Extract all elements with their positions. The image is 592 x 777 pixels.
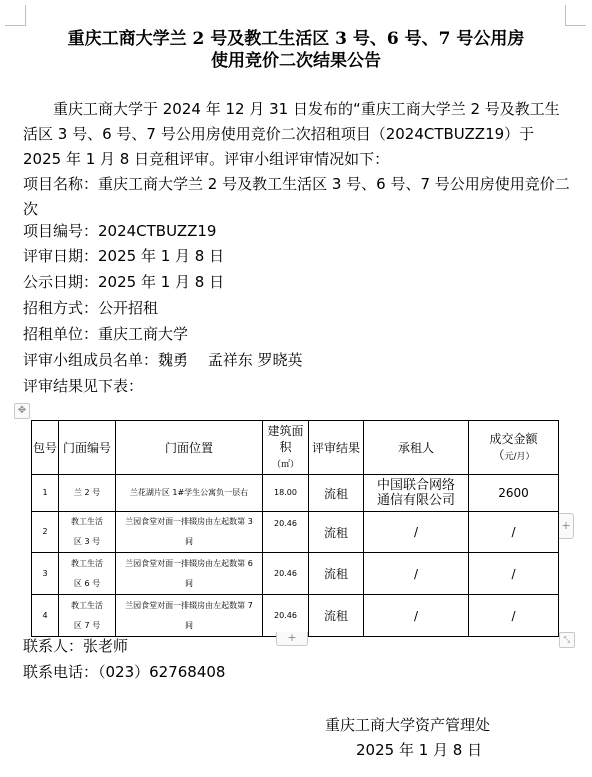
cell-unit-no: 教工生活区 3 号 bbox=[59, 512, 116, 553]
contact-phone: 联系电话：（023）62768408 bbox=[23, 662, 225, 682]
page-margin-corner-top-right bbox=[565, 5, 586, 26]
header-area: 建筑面积 （㎡） bbox=[263, 421, 309, 475]
header-area-unit: （㎡） bbox=[272, 460, 299, 470]
cell-location: 兰园食堂对面一排辍房由左起数第 7 间 bbox=[116, 595, 263, 637]
cell-area: 20.46 bbox=[263, 553, 309, 595]
header-pkg: 包号 bbox=[32, 421, 59, 475]
cell-location: 兰花湖片区 1#学生公寓负一层右 bbox=[116, 475, 263, 512]
table-row: 2 教工生活区 3 号 兰园食堂对面一排辍房由左起数第 3 间 20.46 流租… bbox=[32, 512, 559, 553]
contact-person: 联系人：张老师 bbox=[23, 636, 128, 656]
cell-result: 流租 bbox=[309, 595, 364, 637]
header-location: 门面位置 bbox=[116, 421, 263, 475]
cell-unit-no: 教工生活区 6 号 bbox=[59, 553, 116, 595]
cell-tenant: / bbox=[364, 595, 469, 637]
header-result: 评审结果 bbox=[309, 421, 364, 475]
cell-tenant: / bbox=[364, 512, 469, 553]
cell-pkg: 1 bbox=[32, 475, 59, 512]
cell-location: 兰园食堂对面一排辍房由左起数第 3 间 bbox=[116, 512, 263, 553]
cell-area: 20.46 bbox=[263, 595, 309, 637]
cell-amount: 2600 bbox=[469, 475, 559, 512]
cell-amount: / bbox=[469, 553, 559, 595]
header-unit-no: 门面编号 bbox=[59, 421, 116, 475]
cell-area: 20.46 bbox=[263, 512, 309, 553]
table-resize-handle-icon[interactable]: ⤡ bbox=[559, 632, 575, 648]
cell-result: 流租 bbox=[309, 475, 364, 512]
cell-area: 18.00 bbox=[263, 475, 309, 512]
table-row: 1 兰 2 号 兰花湖片区 1#学生公寓负一层右 18.00 流租 中国联合网络… bbox=[32, 475, 559, 512]
intro-paragraph: 重庆工商大学于 2024 年 12 月 31 日发布的“重庆工商大学兰 2 号及… bbox=[23, 97, 573, 172]
header-amount: 成交金额（元/月） bbox=[469, 421, 559, 475]
publish-date: 公示日期：2025 年 1 月 8 日 bbox=[23, 272, 224, 292]
cell-result: 流租 bbox=[309, 512, 364, 553]
cell-pkg: 2 bbox=[32, 512, 59, 553]
tender-method: 招租方式：公开招租 bbox=[23, 298, 158, 318]
cell-pkg: 4 bbox=[32, 595, 59, 637]
project-number: 项目编号：2024CTBUZZ19 bbox=[23, 221, 216, 241]
document-title-line-2: 使用竞价二次结果公告 bbox=[0, 49, 592, 73]
cell-amount: / bbox=[469, 512, 559, 553]
page-margin-corner-top-left bbox=[5, 5, 26, 26]
review-date: 评审日期：2025 年 1 月 8 日 bbox=[23, 246, 224, 266]
table-header-row: 包号 门面编号 门面位置 建筑面积 （㎡） 评审结果 承租人 成交金额（元/月） bbox=[32, 421, 559, 475]
document-title-line-1: 重庆工商大学兰 2 号及教工生活区 3 号、6 号、7 号公用房 bbox=[0, 27, 592, 51]
cell-location: 兰园食堂对面一排辍房由左起数第 6 间 bbox=[116, 553, 263, 595]
header-area-label: 建筑面积 bbox=[267, 424, 303, 454]
cell-result: 流租 bbox=[309, 553, 364, 595]
cell-tenant: 中国联合网络通信有限公司 bbox=[364, 475, 469, 512]
cell-pkg: 3 bbox=[32, 553, 59, 595]
cell-unit-no: 教工生活区 7 号 bbox=[59, 595, 116, 637]
cell-tenant: / bbox=[364, 553, 469, 595]
header-tenant: 承租人 bbox=[364, 421, 469, 475]
add-row-button[interactable]: + bbox=[276, 632, 308, 646]
project-name: 项目名称：重庆工商大学兰 2 号及教工生活区 3 号、6 号、7 号公用房使用竞… bbox=[23, 172, 573, 222]
review-panel: 评审小组成员名单：魏勇 孟祥东 罗晓英 bbox=[23, 350, 303, 370]
tender-unit: 招租单位：重庆工商大学 bbox=[23, 324, 188, 344]
table-row: 3 教工生活区 6 号 兰园食堂对面一排辍房由左起数第 6 间 20.46 流租… bbox=[32, 553, 559, 595]
header-amount-unit: 元/月） bbox=[504, 452, 534, 462]
add-column-button[interactable]: + bbox=[559, 513, 574, 539]
signature-organization: 重庆工商大学资产管理处 bbox=[325, 715, 490, 735]
signature-date: 2025 年 1 月 8 日 bbox=[356, 740, 482, 760]
cell-unit-no: 兰 2 号 bbox=[59, 475, 116, 512]
cell-amount: / bbox=[469, 595, 559, 637]
results-intro: 评审结果见下表： bbox=[23, 376, 143, 396]
results-table: 包号 门面编号 门面位置 建筑面积 （㎡） 评审结果 承租人 成交金额（元/月）… bbox=[31, 420, 559, 637]
table-move-handle-icon[interactable]: ✥ bbox=[14, 403, 30, 419]
